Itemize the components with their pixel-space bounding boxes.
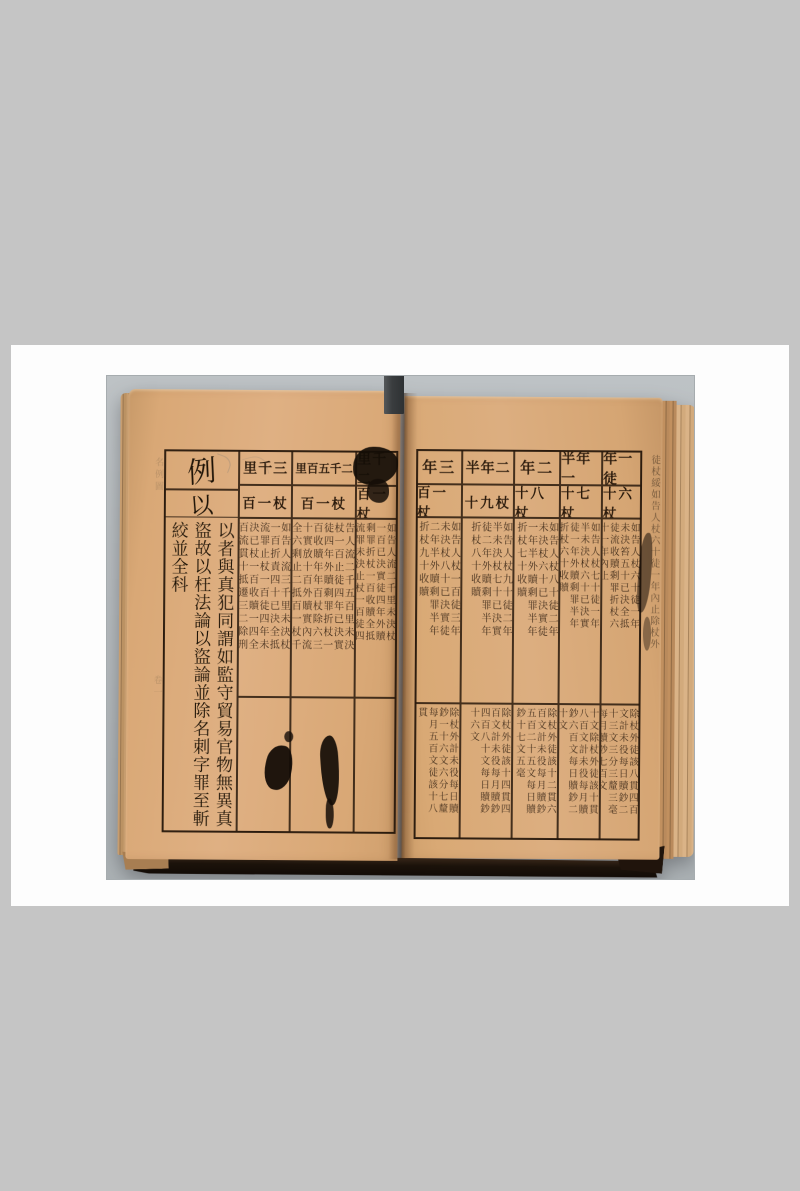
body-cell-2nianban: 如告人杖九十徒二年半未決杖七十已決實徒二年外贖剩罪半年折杖八十收贖	[461, 517, 514, 703]
body-cell-2nian: 如告人杖八十徒二年未決杖六十已決實徒一年半外贖剩罪半年折杖七十收贖	[513, 518, 560, 704]
header-1nianban-zhang-text: 十七杖	[561, 485, 601, 518]
body-cell-2000li: 如告人流二千里未決杖一百已決實徒四年外贖剩罪折杖一百收贖全抵流罪未決止杖一百徒四	[355, 519, 398, 698]
label-yi-char: 以	[189, 489, 215, 518]
header-3000li-zhang-text: 百一杖	[242, 491, 289, 511]
header-1nianban-text: 半年一	[561, 450, 601, 485]
header-cell-2nian: 年二	[514, 450, 560, 485]
redeem-cell-2nian: 除杖外徒該十二貫六百文計未役每月贖鈔五百二十五文每日贖鈔十七文五毫	[512, 704, 559, 840]
page-edge-bleed-text: 徒杖綏如告人杖六十徒一年內止除杖外	[640, 455, 660, 785]
header-cell-2500li-zhang: 百一杖	[292, 485, 356, 518]
redeem-cell-3nian: 除杖外計未役每日贖鈔一十六文六分七釐每月五百文徒該十八貫	[414, 703, 461, 839]
text-line: 如告人流三千里未決杖	[277, 522, 289, 696]
text-line: 如告人杖一百徒三年	[447, 521, 459, 702]
header-tu1nian-text: 年一徒	[603, 450, 641, 485]
text-line: 告人流二千五百里未決	[341, 523, 353, 697]
text-line: 以者與真犯同謂如監守貿易官物無異真	[210, 522, 235, 831]
header-cell-2nianban-zhang: 十九杖	[462, 484, 514, 517]
redeem-cell-tu1nian: 除杖外徒該八貫四百文計未役每日贖鈔二十三文三分三釐三毫每月贖鈔七百文	[600, 704, 641, 840]
header-cell-tu1nian: 年一徒	[602, 450, 642, 485]
text-line: 十六文	[467, 707, 478, 838]
text-line: 每月五百文徒該十八	[425, 707, 436, 838]
text-line: 流罪未決止杖一百徒四	[355, 523, 364, 697]
header-cell-1nianban: 半年一	[560, 450, 602, 485]
header-3nian-zhang-text: 百一杖	[417, 484, 461, 517]
body-cell-tu1nian: 如告人杖六十徒一年未決笞五十已決全抵徒流收贖剩罪折杖六十一年內止	[601, 518, 642, 704]
text-line: 全六剩止二抵百一杖千	[291, 522, 300, 696]
header-2500li-zhang-text: 百一杖	[301, 492, 348, 512]
header-2nian-zhang-text: 十八杖	[515, 485, 559, 518]
text-line: 文計未役每日贖鈔二	[616, 708, 627, 839]
header-2nian-text: 年二	[520, 457, 554, 478]
header-cell-3nian: 年三	[416, 449, 462, 484]
text-line: 鈔十七文五毫	[513, 708, 524, 839]
text-line: 如告人杖八十徒二年	[545, 522, 557, 703]
header-cell-2nianban: 半年二	[462, 449, 514, 484]
text-line: 鈔一十六文六分七釐	[436, 707, 447, 838]
photograph: 例 以 以者與真犯同謂如監守貿易官物無異真盜故以枉法論以盜論並除名刺字罪至斬絞並…	[106, 375, 695, 880]
text-line: 折杖九十收贖	[415, 521, 427, 702]
text-line: 貫	[415, 707, 426, 838]
page-edge-stack-right-outer	[673, 405, 695, 857]
redeem-cell-1nianban: 十文除杖外徒該十貫八百文計未役每月贖鈔六百文每日贖鈔二十文	[558, 704, 601, 840]
text-line: 百文計未役每月贖鈔	[488, 708, 499, 839]
text-line: 盜故以枉法論以盜論並除名刺字罪至斬	[187, 521, 212, 830]
header-cell-3000li-zhang: 百一杖	[239, 485, 292, 518]
label-li-char: 例	[186, 449, 217, 490]
text-line: 如告人杖九十徒二年	[499, 522, 511, 703]
body-cell-2500li: 告人流二千五百里未決杖一百止徒四年已決實徒四年外贖剩罪折杖一百收贖年年百杖除六三…	[291, 518, 356, 697]
ink-blob-bottom-b-drip	[326, 798, 334, 828]
ghost-text-left-margin: 名例圖	[149, 457, 163, 587]
text-line: 折杖八十收贖	[467, 521, 479, 702]
header-2nianban-zhang-text: 十九杖	[465, 491, 512, 511]
header-cell-3nian-zhang: 百一杖	[416, 484, 462, 517]
binding-clip	[384, 375, 404, 414]
text-line: 折杖七十收贖	[513, 522, 525, 703]
redeem-cell-2nianban: 除杖外徒該十四貫四百文計未役每月贖鈔四百八十文每日贖鈔十六文	[460, 703, 513, 839]
header-2500li-text: 里百五千二	[295, 460, 353, 476]
header-tu1nian-zhang-text: 十六杖	[603, 485, 641, 518]
header-cell-1nianban-zhang: 十七杖	[560, 485, 602, 518]
text-line: 百流貫十抵遷三二除刑	[238, 522, 247, 696]
blank-cell-2000li	[354, 698, 397, 833]
header-3nian-text: 年三	[422, 456, 456, 477]
ghost-text-left-margin-2: 卷一	[148, 675, 162, 765]
header-cell-tu1nian-zhang: 十六杖	[602, 485, 642, 518]
header-cell-2500li: 里百五千二	[292, 450, 356, 485]
body-cell-3000li: 如告人流三千里未決杖一百折責四十已決全抵流罪止杖一百徒四年未決已杖一百收贖一四全…	[238, 518, 292, 697]
label-cell-yi: 以	[164, 489, 239, 518]
header-cell-2nian-zhang: 十八杖	[514, 485, 560, 518]
white-mat: 例 以 以者與真犯同謂如監守貿易官物無異真盜故以枉法論以盜論並除名刺字罪至斬絞並…	[11, 345, 789, 906]
header-2nianban-text: 半年二	[466, 457, 511, 477]
text-line: 八百文計未役每月贖	[576, 708, 587, 839]
text-line: 百文計未役每月贖鈔	[534, 708, 545, 839]
scanned-photo-page: 例 以 以者與真犯同謂如監守貿易官物無異真盜故以枉法論以盜論並除名刺字罪至斬絞並…	[0, 0, 800, 1191]
body-cell-1nianban: 如告人杖七十徒一年半未決杖六十已決實徒一年外贖剩罪半年折杖六十收贖	[559, 518, 602, 704]
ink-blob-bottom-a-dot	[284, 731, 293, 742]
open-book: 例 以 以者與真犯同謂如監守貿易官物無異真盜故以枉法論以盜論並除名刺字罪至斬絞並…	[117, 385, 695, 880]
text-line: 絞並全科	[164, 521, 189, 830]
text-line: 每月贖鈔七百文	[600, 708, 607, 839]
body-cell-3nian: 如告人杖一百徒三年未決杖八十已決實徒二年半外贖剩罪半年折杖九十收贖	[415, 517, 462, 703]
ink-blot-header-drip	[367, 479, 389, 503]
text-line: 十文	[558, 708, 567, 839]
left-bigtext-cell: 以者與真犯同謂如監守貿易官物無異真盜故以枉法論以盜論並除名刺字罪至斬絞並全科	[162, 517, 239, 832]
